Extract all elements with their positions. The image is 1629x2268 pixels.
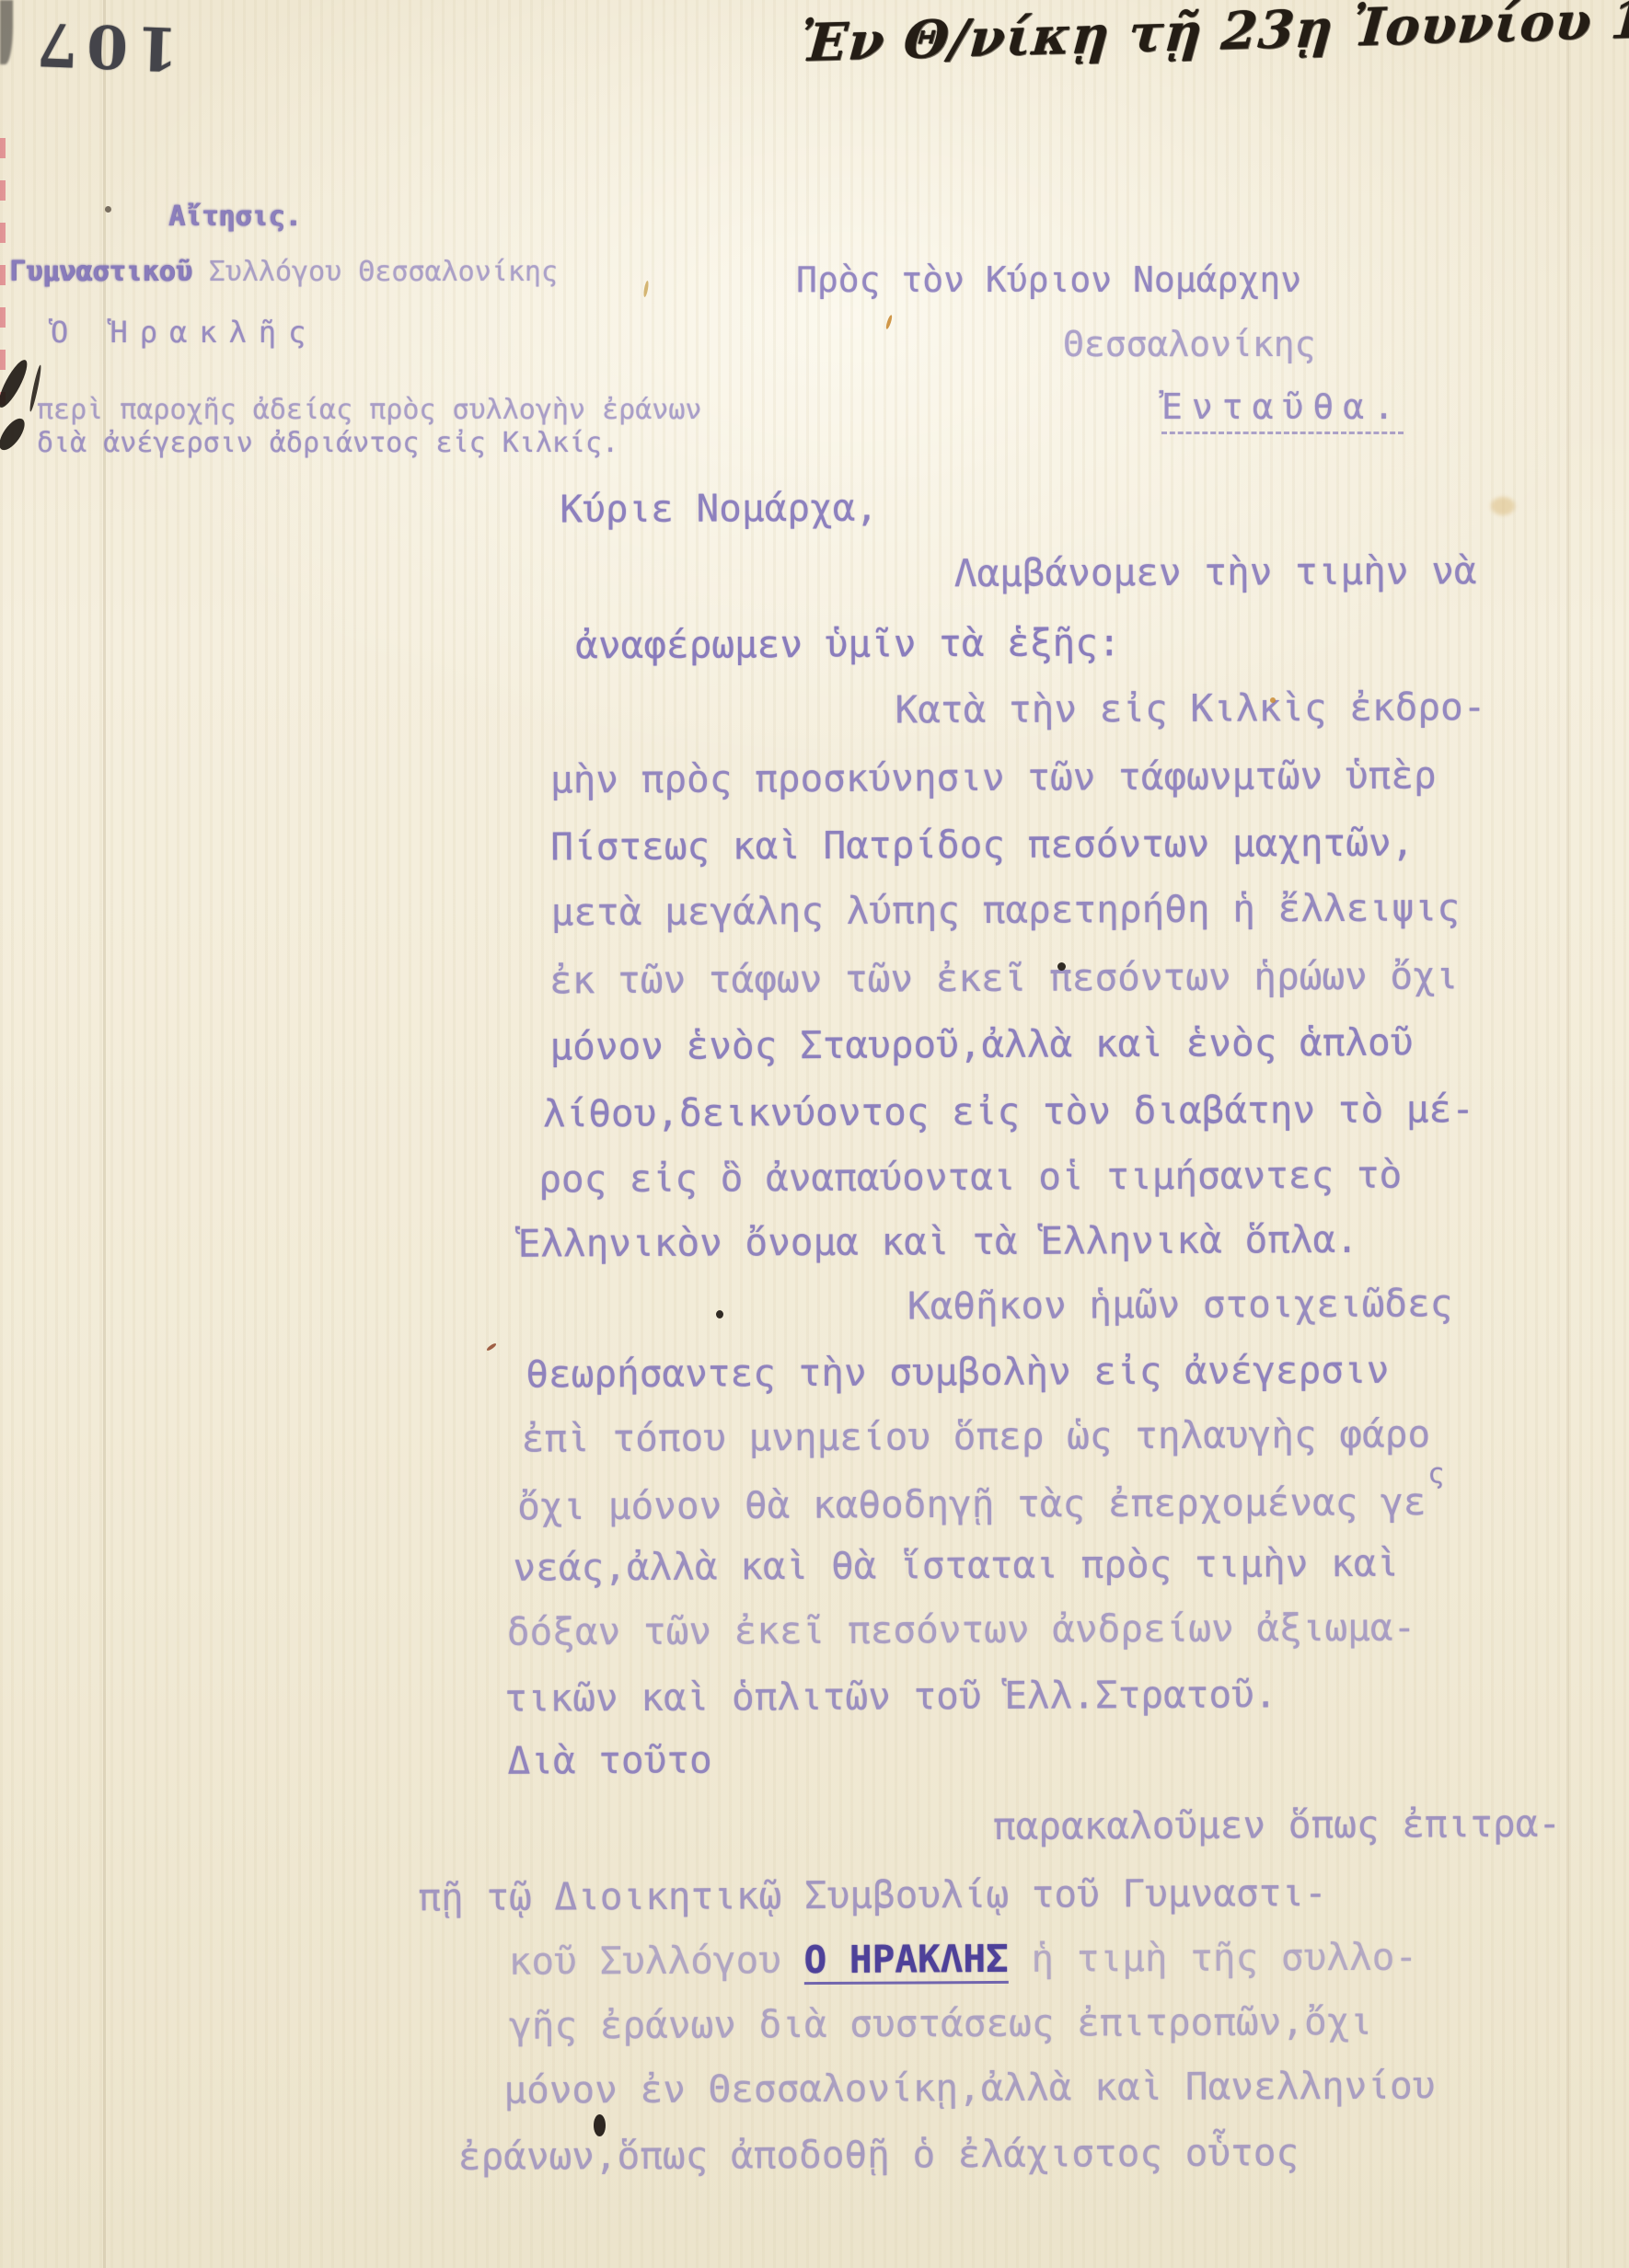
- body-line: μόνον ἐν Θεσσαλονίκῃ,ἀλλὰ καὶ Πανελληνίο…: [503, 2063, 1435, 2112]
- body-line: δόξαν τῶν ἐκεῖ πεσόντων ἀνδρείων ἀξιωμα-: [507, 1606, 1416, 1654]
- body-line: ἐπὶ τόπου μνημείου ὅπερ ὡς τηλαυγὴς φάρο: [522, 1412, 1431, 1461]
- body-line: θεωρήσαντες τὴν συμβολὴν εἰς ἀνέγερσιν: [526, 1348, 1389, 1397]
- body-line: πῇ τῷ Διοικητικῷ Συμβουλίῳ τοῦ Γυμναστι-: [418, 1871, 1327, 1919]
- letter-body: Κύριε Νομάρχα, Λαμβάνομεν τὴν τιμὴν νὰ ἀ…: [0, 0, 1629, 2268]
- body-line: Καθῆκον ἡμῶν στοιχειῶδες: [907, 1281, 1453, 1328]
- club-name-emphasis: Ο ΗΡΑΚΛΗΣ: [803, 1937, 1008, 1985]
- body-line-text: κοῦ Συλλόγου: [509, 1938, 804, 1984]
- stain: [1270, 697, 1276, 703]
- body-line: νεάς,ἀλλὰ καὶ θὰ ἵσταται πρὸς τιμὴν καὶ: [513, 1541, 1399, 1590]
- body-line: ἀναφέρωμεν ὑμῖν τὰ ἑξῆς:: [575, 620, 1121, 667]
- body-line: κοῦ Συλλόγου Ο ΗΡΑΚΛΗΣ ἡ τιμὴ τῆς συλλο-: [509, 1935, 1418, 1986]
- body-line: Ἑλληνικὸν ὄνομα καὶ τὰ Ἑλληνικὰ ὅπλα.: [517, 1217, 1358, 1266]
- salutation: Κύριε Νομάρχα,: [560, 486, 878, 532]
- ink-blot: [1057, 962, 1066, 971]
- body-line: λίθου,δεικνύοντος εἰς τὸν διαβάτην τὸ μέ…: [543, 1087, 1474, 1135]
- paper: 107 Ἐν Θ/νίκῃ τῇ 23ῃ Ἰουνίου 1915. Αἴτησ…: [0, 0, 1629, 2268]
- inserted-letter: ς: [1427, 1457, 1444, 1490]
- stain: [1491, 497, 1515, 515]
- body-line-text: ἡ τιμὴ τῆς συλλο-: [1009, 1935, 1418, 1981]
- body-line: μὴν πρὸς προσκύνησιν τῶν τάφωνμτῶν ὑπὲρ: [550, 753, 1437, 801]
- body-line: Λαμβάνομεν τὴν τιμὴν νὰ: [954, 548, 1477, 595]
- body-line: μετὰ μεγάλης λύπης παρετηρήθη ἡ ἔλλειψις: [551, 885, 1461, 934]
- body-line: ρος εἰς ὃ ἀναπαύονται οἱ τιμήσαντες τὸ: [538, 1153, 1402, 1202]
- body-line: ἐκ τῶν τάφων τῶν ἐκεῖ πεσόντων ἡρώων ὄχι: [549, 953, 1459, 1002]
- body-line: Διὰ τοῦτο: [507, 1738, 711, 1783]
- body-line: Πίστεως καὶ Πατρίδος πεσόντων μαχητῶν,: [550, 821, 1414, 869]
- body-line-text: ὄχι μόνον θὰ καθοδηγῇ τὰς ἐπερχομένας γε: [517, 1479, 1427, 1528]
- body-line: Κατὰ τὴν εἰς Κιλκὶς ἐκδρο-: [895, 685, 1485, 731]
- body-line: γῆς ἐράνων διὰ συστάσεως ἐπιτροπῶν,ὄχι: [509, 1999, 1372, 2048]
- body-line: τικῶν καὶ ὁπλιτῶν τοῦ Ἑλλ.Στρατοῦ.: [504, 1672, 1277, 1720]
- body-line: ἐράνων,ὅπως ἀποδοθῇ ὁ ἐλάχιστος οὗτος: [458, 2130, 1300, 2179]
- stain: [105, 206, 111, 213]
- ink-blot: [594, 2114, 606, 2136]
- body-line: ὄχι μόνον θὰ καθοδηγῇ τὰς ἐπερχομένας γε…: [517, 1476, 1443, 1528]
- body-line: παρακαλοῦμεν ὅπως ἐπιτρα-: [993, 1802, 1561, 1848]
- body-line: μόνον ἑνὸς Σταυροῦ,ἀλλὰ καὶ ἑνὸς ἁπλοῦ: [549, 1020, 1413, 1069]
- ink-blot: [716, 1310, 723, 1318]
